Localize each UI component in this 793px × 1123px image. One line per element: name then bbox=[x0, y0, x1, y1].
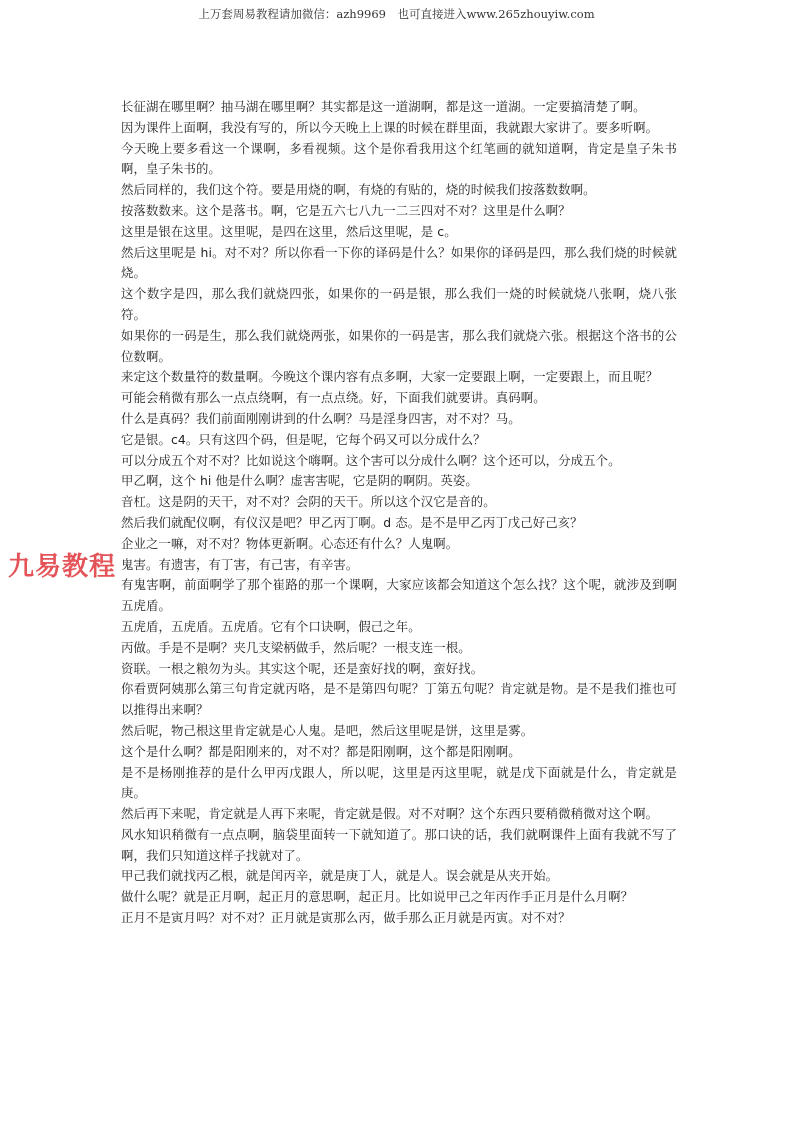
paragraph: 它是银。c4。只有这四个码，但是呢，它每个码又可以分成什么？ bbox=[121, 430, 677, 451]
paragraph: 风水知识稍微有一点点啊，脑袋里面转一下就知道了。那口诀的话，我们就啊课件上面有我… bbox=[121, 825, 677, 867]
paragraph: 正月不是寅月吗？对不对？正月就是寅那么丙，做手那么正月就是丙寅。对不对？ bbox=[121, 908, 677, 929]
paragraph: 音杠。这是阴的天干，对不对？会阴的天干。所以这个汉它是音的。 bbox=[121, 492, 677, 513]
paragraph: 这里是银在这里。这里呢，是四在这里，然后这里呢，是 c。 bbox=[121, 222, 677, 243]
paragraph: 这个是什么啊？都是阳刚来的，对不对？都是阳刚啊，这个都是阳刚啊。 bbox=[121, 742, 677, 763]
paragraph: 今天晚上要多看这一个课啊，多看视频。这个是你看我用这个红笔画的就知道啊，肯定是皇… bbox=[121, 139, 677, 181]
paragraph: 五虎盾，五虎盾。五虎盾。它有个口诀啊，假己之年。 bbox=[121, 617, 677, 638]
paragraph: 来定这个数量符的数量啊。今晚这个课内容有点多啊，大家一定要跟上啊，一定要跟上，而… bbox=[121, 367, 677, 388]
paragraph: 企业之一嘛，对不对？物体更新啊。心态还有什么？人鬼啊。 bbox=[121, 534, 677, 555]
paragraph: 然后再下来呢，肯定就是人再下来呢，肯定就是假。对不对啊？这个东西只要稍微稍微对这… bbox=[121, 804, 677, 825]
paragraph: 做什么呢？就是正月啊，起正月的意思啊，起正月。比如说甲己之年丙作手正月是什么月啊… bbox=[121, 887, 677, 908]
paragraph: 然后呢，物己根这里肯定就是心人鬼。是吧，然后这里呢是饼，这里是雾。 bbox=[121, 721, 677, 742]
paragraph: 甲乙啊，这个 hi 他是什么啊？虚害害呢，它是阴的啊阴。英姿。 bbox=[121, 471, 677, 492]
paragraph: 然后同样的，我们这个符。要是用烧的啊，有烧的有贴的，烧的时候我们按落数数啊。 bbox=[121, 180, 677, 201]
paragraph: 如果你的一码是生，那么我们就烧两张，如果你的一码是害，那么我们就烧六张。根据这个… bbox=[121, 326, 677, 368]
transcript-body: 长征湖在哪里啊？抽马湖在哪里啊？其实都是这一道湖啊，都是这一道湖。一定要搞清楚了… bbox=[121, 97, 677, 929]
paragraph: 你看贾阿姨那么第三句肯定就丙咯，是不是第四句呢？丁第五句呢？肯定就是物。是不是我… bbox=[121, 679, 677, 721]
paragraph: 然后我们就配仪啊，有仪汉是吧？甲乙丙丁啊。d 态。是不是甲乙丙丁戊己好己亥？ bbox=[121, 513, 677, 534]
paragraph: 丙做。手是不是啊？夹几支梁柄做手，然后呢？一根支连一根。 bbox=[121, 638, 677, 659]
paragraph: 因为课件上面啊，我没有写的，所以今天晚上上课的时候在群里面，我就跟大家讲了。要多… bbox=[121, 118, 677, 139]
paragraph: 长征湖在哪里啊？抽马湖在哪里啊？其实都是这一道湖啊，都是这一道湖。一定要搞清楚了… bbox=[121, 97, 677, 118]
watermark-logo: 九易教程 bbox=[8, 546, 116, 583]
paragraph: 鬼害。有遗害，有丁害，有己害，有辛害。 bbox=[121, 555, 677, 576]
paragraph: 按落数数来。这个是落书。啊，它是五六七八九一二三四对不对？这里是什么啊？ bbox=[121, 201, 677, 222]
paragraph: 甲己我们就找丙乙根，就是闰丙辛，就是庚丁人，就是人。误会就是从夹开始。 bbox=[121, 866, 677, 887]
paragraph: 有鬼害啊，前面啊学了那个崔路的那一个课啊，大家应该都会知道这个怎么找？这个呢，就… bbox=[121, 575, 677, 617]
paragraph: 可以分成五个对不对？比如说这个嗨啊。这个害可以分成什么啊？这个还可以，分成五个。 bbox=[121, 451, 677, 472]
paragraph: 可能会稍微有那么一点点绕啊，有一点点绕。好，下面我们就要讲。真码啊。 bbox=[121, 388, 677, 409]
paragraph: 资联。一根之粮勿为头。其实这个呢，还是蛮好找的啊，蛮好找。 bbox=[121, 659, 677, 680]
paragraph: 这个数字是四，那么我们就烧四张，如果你的一码是银，那么我们一烧的时候就烧八张啊，… bbox=[121, 284, 677, 326]
paragraph: 什么是真码？我们前面刚刚讲到的什么啊？马是淫身四害，对不对？马。 bbox=[121, 409, 677, 430]
paragraph: 然后这里呢是 hi。对不对？所以你看一下你的译码是什么？如果你的译码是四，那么我… bbox=[121, 243, 677, 285]
paragraph: 是不是杨刚推荐的是什么甲丙戊跟人，所以呢，这里是丙这里呢，就是戊下面就是什么，肯… bbox=[121, 763, 677, 805]
page-header-ad: 上万套周易教程请加微信：azh9969 也可直接进入www.265zhouyiw… bbox=[0, 6, 793, 22]
